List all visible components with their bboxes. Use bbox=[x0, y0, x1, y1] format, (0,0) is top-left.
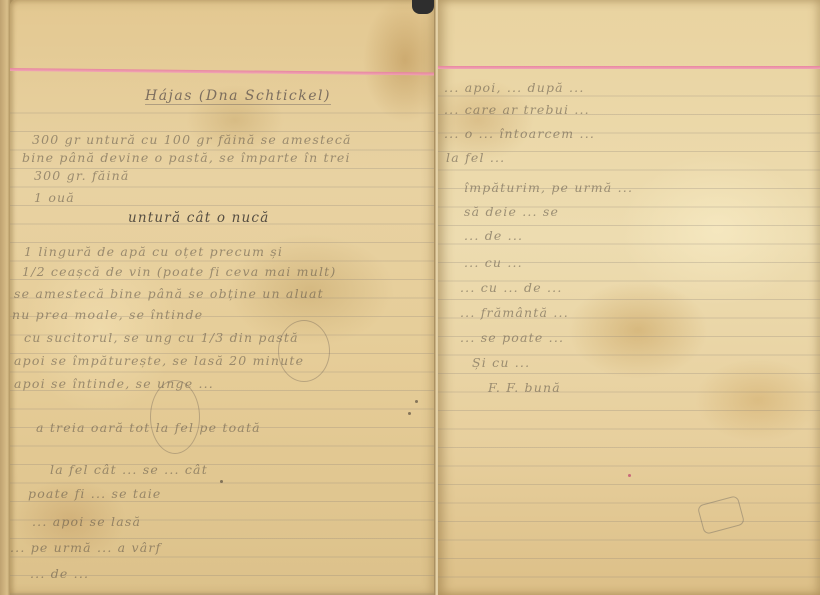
inserted-note: untură cât o nucă bbox=[128, 210, 269, 226]
recipe-line: ... cu ... bbox=[464, 255, 523, 270]
recipe-signoff: F. F. bună bbox=[488, 380, 561, 395]
recipe-line: se amestecă bine până se obține un aluat bbox=[14, 286, 324, 301]
pencil-circle-mark bbox=[278, 320, 330, 382]
recipe-line: ... apoi, ... după ... bbox=[444, 80, 585, 95]
recipe-line: ... de ... bbox=[30, 566, 89, 581]
stain-spot bbox=[415, 400, 418, 403]
recipe-line: cu sucitorul, se ung cu 1/3 din pastă bbox=[24, 330, 299, 345]
recipe-line: ... cu ... de ... bbox=[460, 280, 563, 295]
binding-tab bbox=[412, 0, 434, 14]
stain-spot bbox=[408, 412, 411, 415]
recipe-line: ... apoi se lasă bbox=[32, 514, 141, 529]
pencil-circle-mark bbox=[150, 380, 200, 454]
recipe-line: poate fi ... se taie bbox=[28, 486, 162, 501]
margin-rule bbox=[438, 66, 820, 69]
recipe-title: Hájas (Dna Schtickel) bbox=[145, 88, 331, 105]
recipe-line: 1 lingură de apă cu oțet precum și bbox=[24, 244, 283, 259]
recipe-line: 300 gr untură cu 100 gr făină se amestec… bbox=[32, 132, 352, 147]
recipe-line: 300 gr. făină bbox=[34, 168, 130, 183]
recipe-line: bine până devine o pastă, se împarte în … bbox=[22, 150, 351, 165]
recipe-line: ... de ... bbox=[464, 228, 523, 243]
recipe-line: ... frământă ... bbox=[460, 305, 569, 320]
recipe-line: ... se poate ... bbox=[460, 330, 564, 345]
recipe-line: ... pe urmă ... a vârf bbox=[10, 540, 161, 555]
recipe-line: 1 ouă bbox=[34, 190, 75, 205]
recipe-line: ... care ar trebui ... bbox=[444, 102, 590, 117]
recipe-line: la fel cât ... se ... cât bbox=[50, 462, 208, 477]
recipe-line: să deie ... se bbox=[464, 204, 559, 219]
stain-spot bbox=[220, 480, 223, 483]
recipe-line: nu prea moale, se întinde bbox=[12, 307, 203, 322]
recipe-line: 1/2 ceașcă de vin (poate fi ceva mai mul… bbox=[22, 264, 336, 279]
recipe-line: a treia oară tot la fel pe toată bbox=[36, 420, 261, 435]
stain-spot bbox=[628, 474, 631, 477]
recipe-line: Și cu ... bbox=[472, 355, 530, 370]
recipe-line: ... o ... întoarcem ... bbox=[444, 126, 595, 141]
notebook-spread: Hájas (Dna Schtickel) 300 gr untură cu 1… bbox=[0, 0, 820, 595]
recipe-line: apoi se împăturește, se lasă 20 minute bbox=[14, 353, 304, 368]
right-page: ... apoi, ... după ... ... care ar trebu… bbox=[438, 0, 820, 595]
recipe-line: la fel ... bbox=[446, 150, 505, 165]
recipe-line: împăturim, pe urmă ... bbox=[464, 180, 633, 195]
left-page: Hájas (Dna Schtickel) 300 gr untură cu 1… bbox=[10, 0, 438, 595]
margin-rule bbox=[10, 68, 438, 75]
